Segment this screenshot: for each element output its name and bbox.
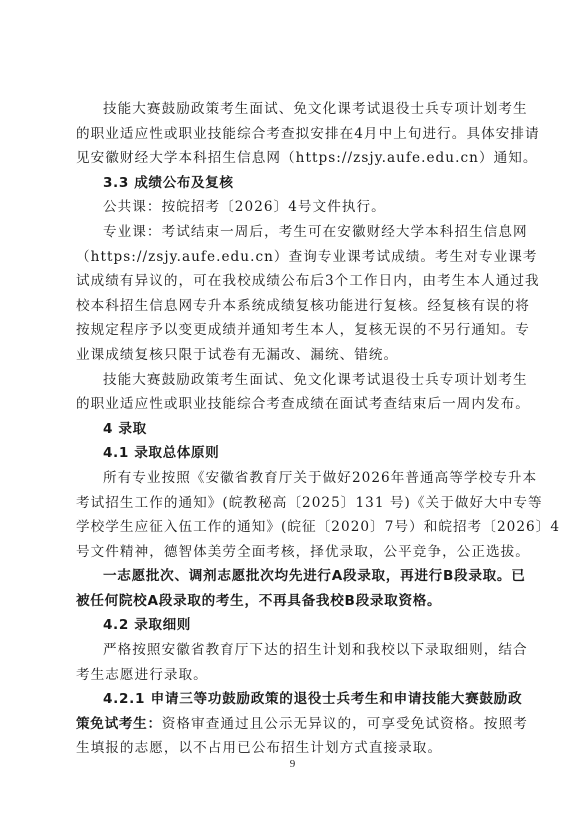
paragraph-line: 的职业适应性或职业技能综合考查成绩在面试考查结束后一周内发布。 xyxy=(76,392,512,417)
paragraph-line: 考试招生工作的通知》(皖教秘高〔2025〕131 号)《关于做好大中专等 xyxy=(76,491,512,516)
paragraph-line: 学校学生应征入伍工作的通知》(皖征〔2020〕7号）和皖招考〔2026〕4 xyxy=(76,515,512,540)
section-heading-4-2-1: 4.2.1 申请三等功鼓励政策的退役士兵考生和申请技能大赛鼓励政 xyxy=(76,687,512,712)
section-heading-3-3: 3.3 成绩公布及复核 xyxy=(76,171,512,196)
paragraph-line: 号文件精神，德智体美劳全面考核，择优录取，公平竞争，公正选拔。 xyxy=(76,540,512,565)
paragraph-line: 按规定程序予以变更成绩并通知考生本人，复核无误的不另行通知。专 xyxy=(76,318,512,343)
paragraph-line: 所有专业按照《安徽省教育厅关于做好2026年普通高等学校专升本 xyxy=(76,466,512,491)
page-number: 9 xyxy=(0,758,585,770)
mixed-paragraph-line: 策免试考生：资格审查通过且公示无异议的，可享受免试资格。按照考 xyxy=(76,712,512,737)
paragraph-line: 考生志愿进行录取。 xyxy=(76,663,512,688)
paragraph-text: 资格审查通过且公示无异议的，可享受免试资格。按照考 xyxy=(162,716,528,732)
paragraph-line: （https://zsjy.aufe.edu.cn）查询专业课考试成绩。考生对专… xyxy=(76,245,512,270)
paragraph-line: 技能大赛鼓励政策考生面试、免文化课考试退役士兵专项计划考生 xyxy=(76,97,512,122)
paragraph-line: 试成绩有异议的，可在我校成绩公布后3个工作日内，由考生本人通过我 xyxy=(76,269,512,294)
document-page: 技能大赛鼓励政策考生面试、免文化课考试退役士兵专项计划考生 的职业适应性或职业技… xyxy=(76,97,512,761)
paragraph-line: 专业课：考试结束一周后，考生可在安徽财经大学本科招生信息网 xyxy=(76,220,512,245)
bold-lead-in: 策免试考生： xyxy=(76,716,162,732)
section-heading-4-2: 4.2 录取细则 xyxy=(76,613,512,638)
bold-paragraph-line: 被任何院校A段录取的考生，不再具备我校B段录取资格。 xyxy=(76,589,512,614)
section-heading-4: 4 录取 xyxy=(76,417,512,442)
bold-paragraph-line: 一志愿批次、调剂志愿批次均先进行A段录取，再进行B段录取。已 xyxy=(76,564,512,589)
paragraph-line: 校本科招生信息网专升本系统成绩复核功能进行复核。经复核有误的将 xyxy=(76,294,512,319)
section-heading-4-1: 4.1 录取总体原则 xyxy=(76,441,512,466)
paragraph-line: 严格按照安徽省教育厅下达的招生计划和我校以下录取细则，结合 xyxy=(76,638,512,663)
paragraph-line: 公共课：按皖招考〔2026〕4号文件执行。 xyxy=(76,195,512,220)
paragraph-line: 技能大赛鼓励政策考生面试、免文化课考试退役士兵专项计划考生 xyxy=(76,368,512,393)
paragraph-line: 的职业适应性或职业技能综合考查拟安排在4月中上旬进行。具体安排请 xyxy=(76,122,512,147)
paragraph-line: 业课成绩复核只限于试卷有无漏改、漏统、错统。 xyxy=(76,343,512,368)
paragraph-line: 见安徽财经大学本科招生信息网（https://zsjy.aufe.edu.cn）… xyxy=(76,146,512,171)
